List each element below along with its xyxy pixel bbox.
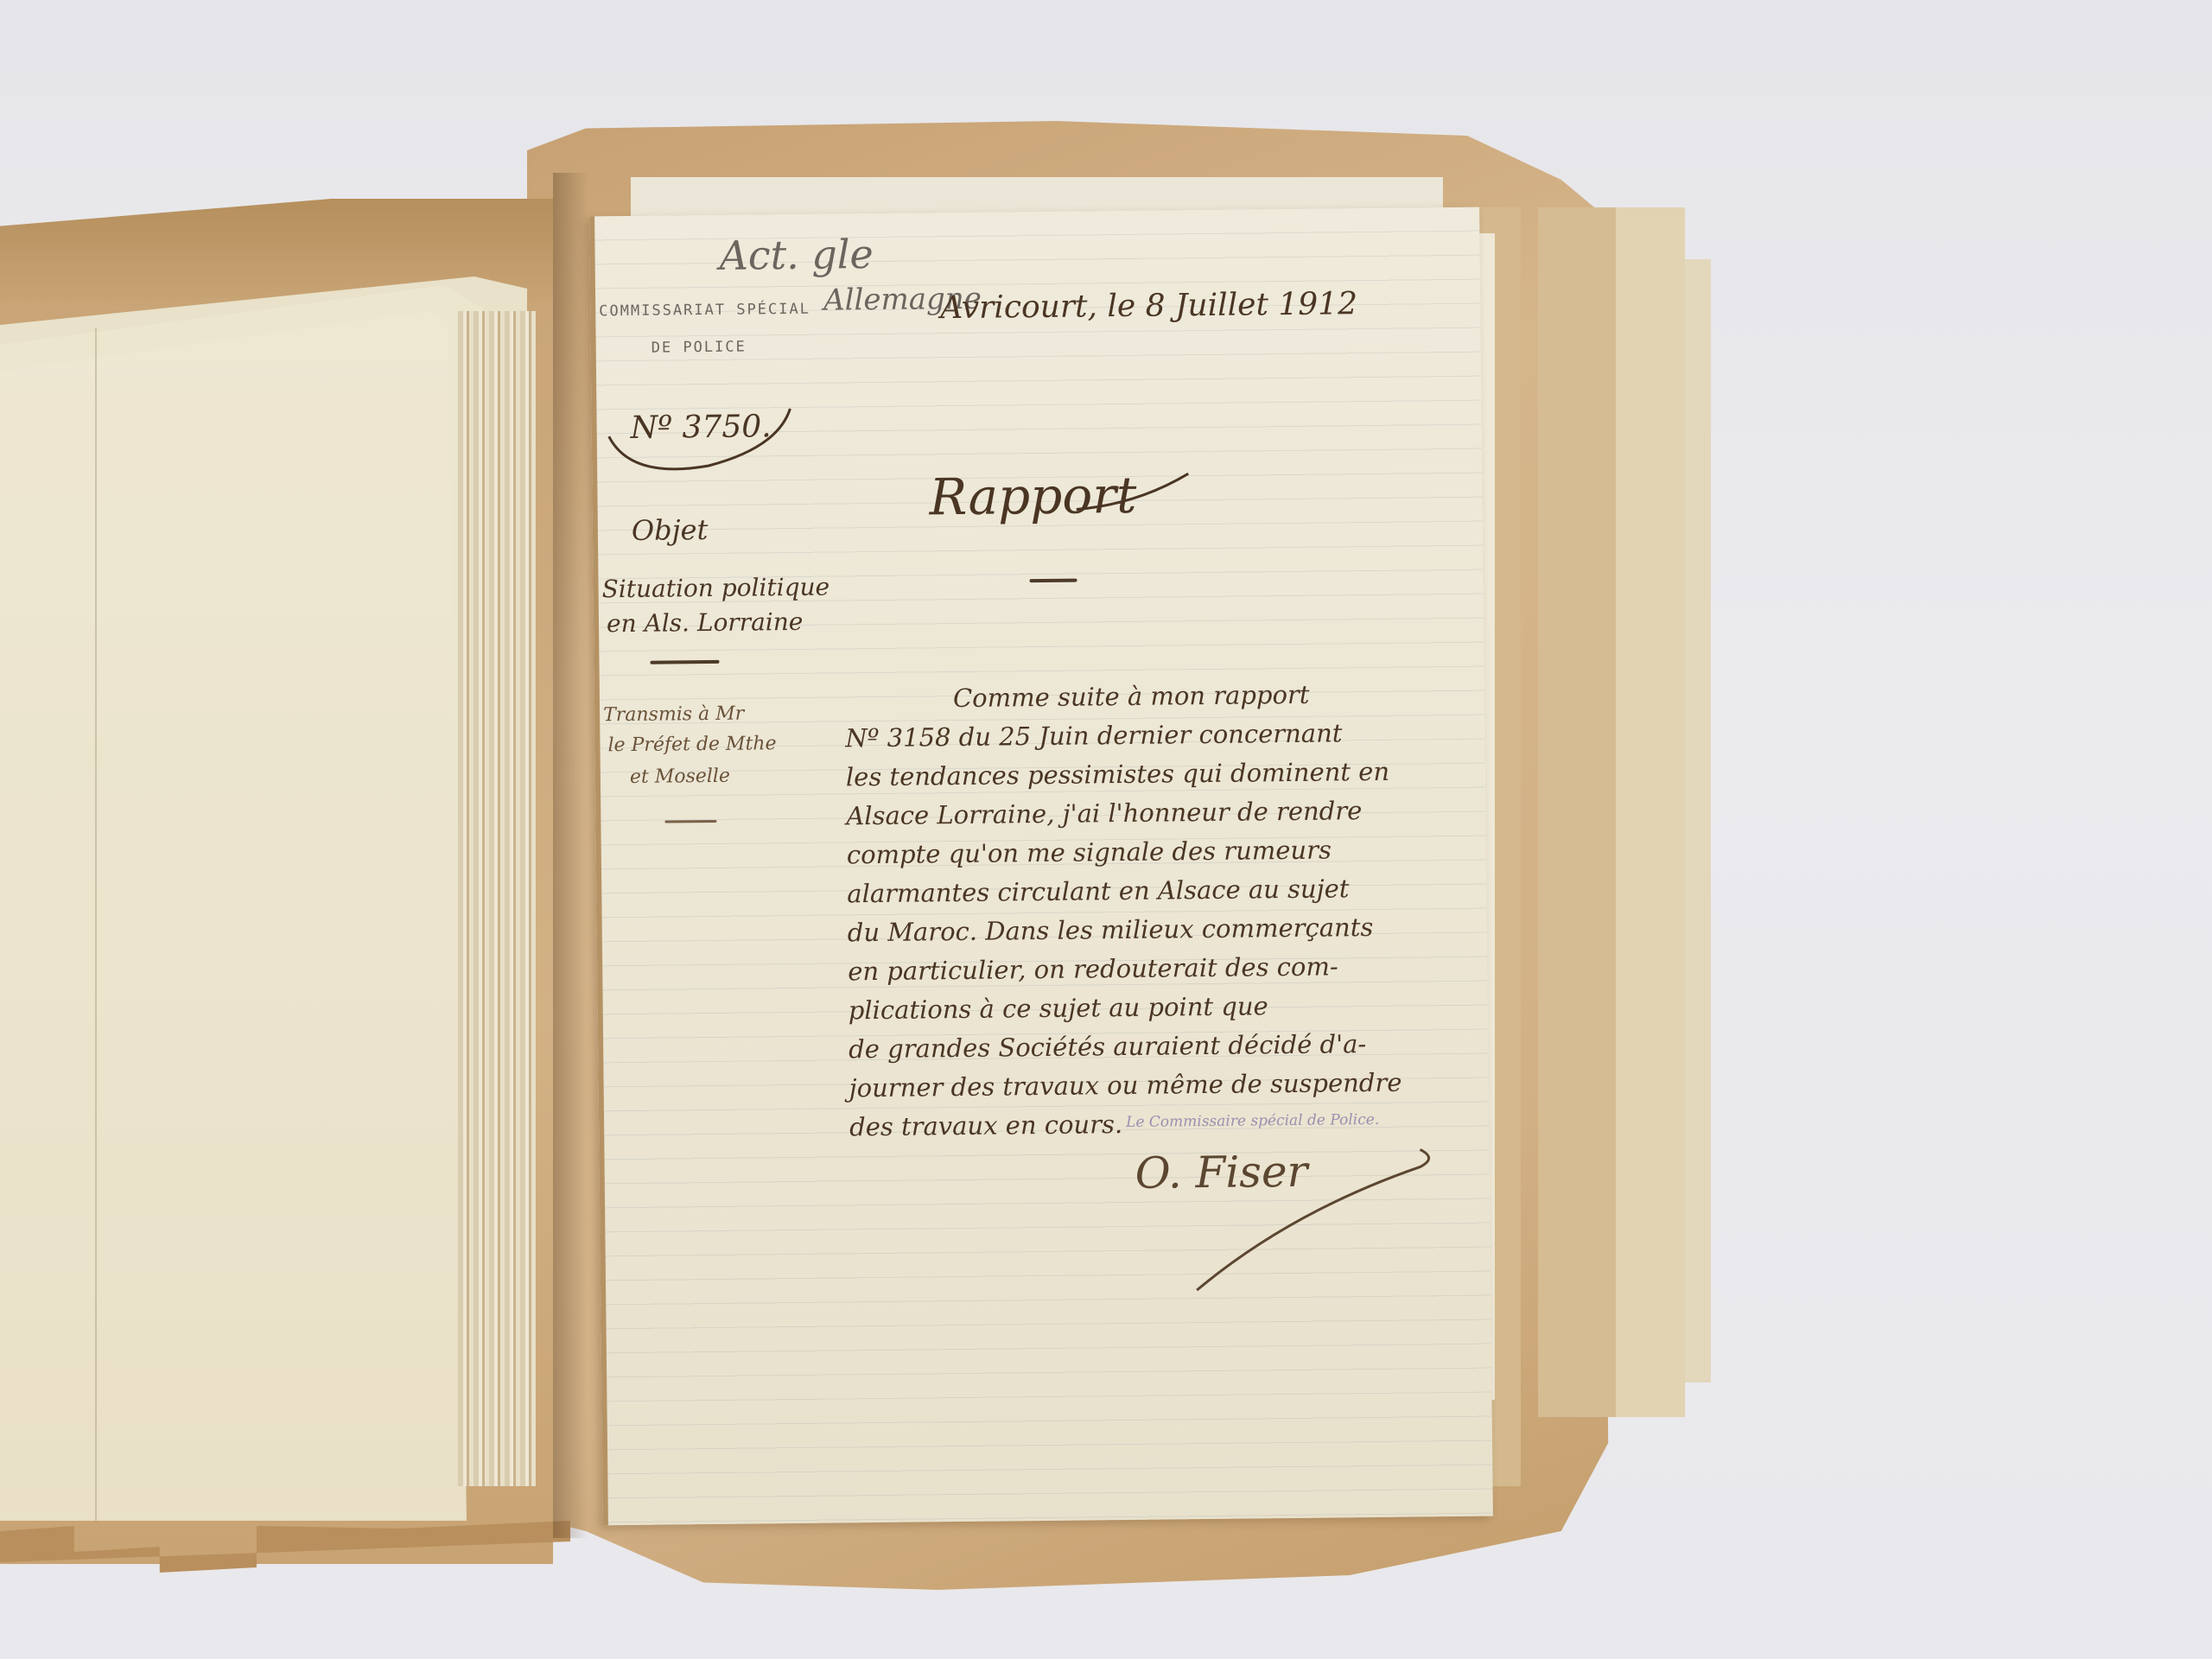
title-flourish [1076,469,1198,522]
body-line: plications à ce sujet au point que [849,991,1268,1025]
reference-underline-flourish [604,400,804,480]
body-line: journer des travaux ou même de suspendre [849,1068,1402,1103]
place-and-date: Avricourt, le 8 Juillet 1912 [940,286,1357,326]
body-line: Alsace Lorraine, j'ai l'honneur de rendr… [846,796,1362,830]
subject-line-2: en Als. Lorraine [607,607,804,638]
body-line: compte qu'on me signale des rumeurs [847,835,1332,869]
letterhead-line-1: COMMISSARIAT SPÉCIAL [599,301,810,321]
transmission-line-2: le Préfet de Mthe [607,733,776,756]
body-line: alarmantes circulant en Alsace au sujet [847,874,1349,908]
transmission-line-3: et Moselle [630,766,730,788]
title-rule [1030,579,1077,583]
back-sheet [1538,207,1616,1417]
body-line: les tendances pessimistes qui dominent e… [846,757,1389,792]
body-line: Comme suite à mon rapport [953,680,1310,713]
body-line: en particulier, on redouterait des com- [848,951,1338,986]
subject-line-1: Situation politique [601,573,829,604]
separator-rule [664,820,716,823]
back-sheet [1616,207,1685,1417]
folder-gutter-shadow [553,173,588,1538]
left-page-fold [95,328,97,1521]
body-line: des travaux en cours. [849,1109,1122,1141]
body-line: Nº 3158 du 25 Juin dernier concernant [845,718,1342,753]
report-page: Act. gle COMMISSARIAT SPÉCIAL Allemagne … [589,207,1493,1526]
body-line: du Maroc. Dans les milieux commerçants [848,912,1374,947]
signature-stamp: Le Commissaire spécial de Police. [1126,1111,1379,1131]
subject-label: Objet [632,513,709,547]
letterhead-line-2: DE POLICE [652,339,747,357]
transmission-line-1: Transmis à Mr [603,703,744,727]
signature-flourish [1186,1132,1447,1299]
pencil-annotation: Act. gle [719,231,874,279]
left-page-edges [458,311,536,1486]
separator-rule [650,660,719,664]
body-line: de grandes Sociétés auraient décidé d'a- [849,1029,1366,1064]
left-page [0,311,467,1521]
